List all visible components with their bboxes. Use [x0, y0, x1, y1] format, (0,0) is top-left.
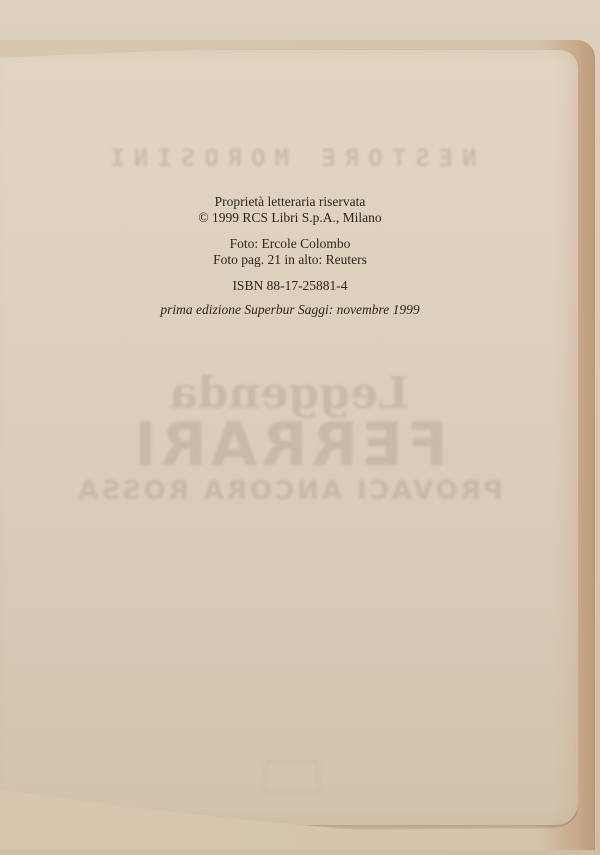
isbn: ISBN 88-17-25881-4 — [90, 278, 490, 294]
copyright-notice: © 1999 RCS Libri S.p.A., Milano — [90, 210, 490, 226]
copyright-page: NESTORE MOROSINI Leggenda FERRARI PROVAC… — [0, 50, 578, 825]
publisher-logo-icon — [265, 760, 319, 794]
bleed-through-title-line3: PROVACI ANCORA ROSSA — [40, 476, 538, 506]
edition-line: prima edizione Superbur Saggi: novembre … — [90, 302, 490, 318]
photo-credit-page: Foto pag. 21 in alto: Reuters — [90, 252, 490, 268]
bleed-through-author: NESTORE MOROSINI — [60, 144, 518, 172]
photo-credit: Foto: Ercole Colombo — [90, 236, 490, 252]
bleed-through-title-line2: FERRARI — [30, 410, 548, 480]
rights-notice: Proprietà letteraria riservata — [90, 194, 490, 210]
